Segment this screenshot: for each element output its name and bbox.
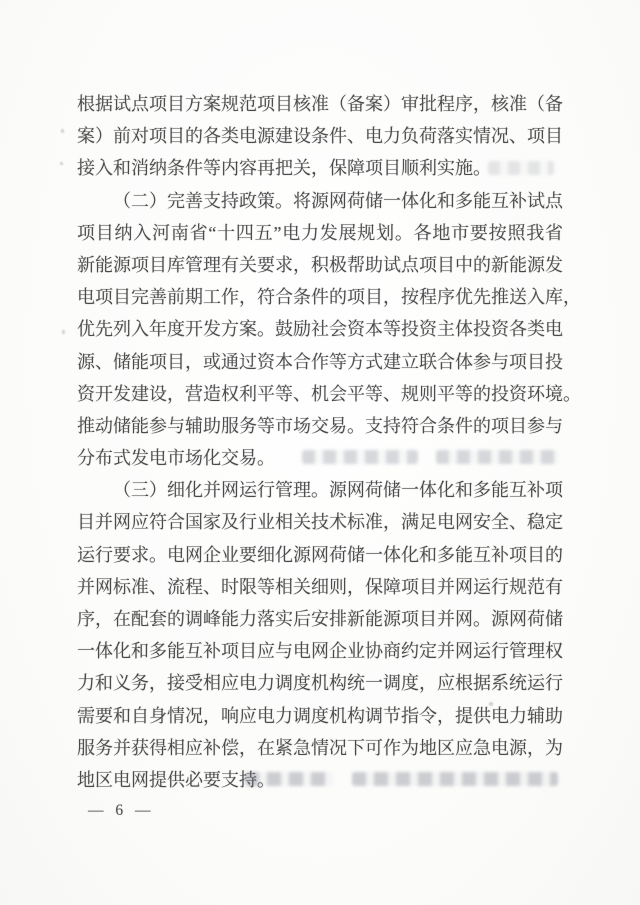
text-line: 源、储能项目，或通过资本合作等方式建立联合体参与项目投	[77, 346, 563, 378]
bleed-through-artifact	[352, 772, 558, 786]
text-line: 目并网应符合国家及行业相关技术标准，满足电网安全、稳定	[77, 506, 563, 538]
text-line: 推动储能参与辅助服务等市场交易。支持符合条件的项目参与	[77, 410, 563, 442]
document-page: 根据试点项目方案规范项目核准（备案）审批程序，核准（备 案）前对项目的各类电源建…	[0, 0, 640, 905]
text-line-paragraph-start: （三）细化并网运行管理。源网荷储一体化和多能互补项	[77, 474, 563, 506]
text-line: 一体化和多能互补项目应与电网企业协商约定并网运行管理权	[77, 635, 563, 667]
text-line: 并网标准、流程、时限等相关细则，保障项目并网运行规范有	[77, 571, 563, 603]
scan-speck	[61, 129, 64, 133]
text-line: 根据试点项目方案规范项目核准（备案）审批程序，核准（备	[77, 88, 563, 120]
bleed-through-artifact	[488, 161, 554, 175]
scan-speck	[60, 162, 63, 165]
text-line: 优先列入年度开发方案。鼓励社会资本等投资主体投资各类电	[77, 313, 563, 345]
text-line: 序，在配套的调峰能力落实后安排新能源项目并网。源网荷储	[77, 603, 563, 635]
text-line: 服务并获得相应补偿，在紧急情况下可作为地区应急电源，为	[77, 732, 563, 764]
text-line: 新能源项目库管理有关要求，积极帮助试点项目中的新能源发	[77, 249, 563, 281]
text-line: 项目纳入河南省“十四五”电力发展规划。各地市要按照我省	[77, 217, 563, 249]
text-line-paragraph-start: （二）完善支持政策。将源网荷储一体化和多能互补试点	[77, 185, 563, 217]
bleed-through-artifact	[436, 450, 558, 464]
bleed-through-artifact	[245, 772, 333, 786]
page-number: — 6 —	[88, 802, 155, 820]
scan-speck	[62, 330, 65, 334]
text-line: 案）前对项目的各类电源建设条件、电力负荷落实情况、项目	[77, 120, 563, 152]
text-line: 力和义务，接受相应电力调度机构统一调度，应根据系统运行	[77, 667, 563, 699]
text-line: 资开发建设，营造权利平等、机会平等、规则平等的投资环境。	[77, 378, 563, 410]
text-line: 电项目完善前期工作，符合条件的项目，按程序优先推送入库，	[77, 281, 563, 313]
text-block: 根据试点项目方案规范项目核准（备案）审批程序，核准（备 案）前对项目的各类电源建…	[77, 88, 563, 796]
text-line: 运行要求。电网企业要细化源网荷储一体化和多能互补项目的	[77, 539, 563, 571]
scan-speck	[489, 702, 493, 706]
bleed-through-artifact	[302, 450, 418, 464]
